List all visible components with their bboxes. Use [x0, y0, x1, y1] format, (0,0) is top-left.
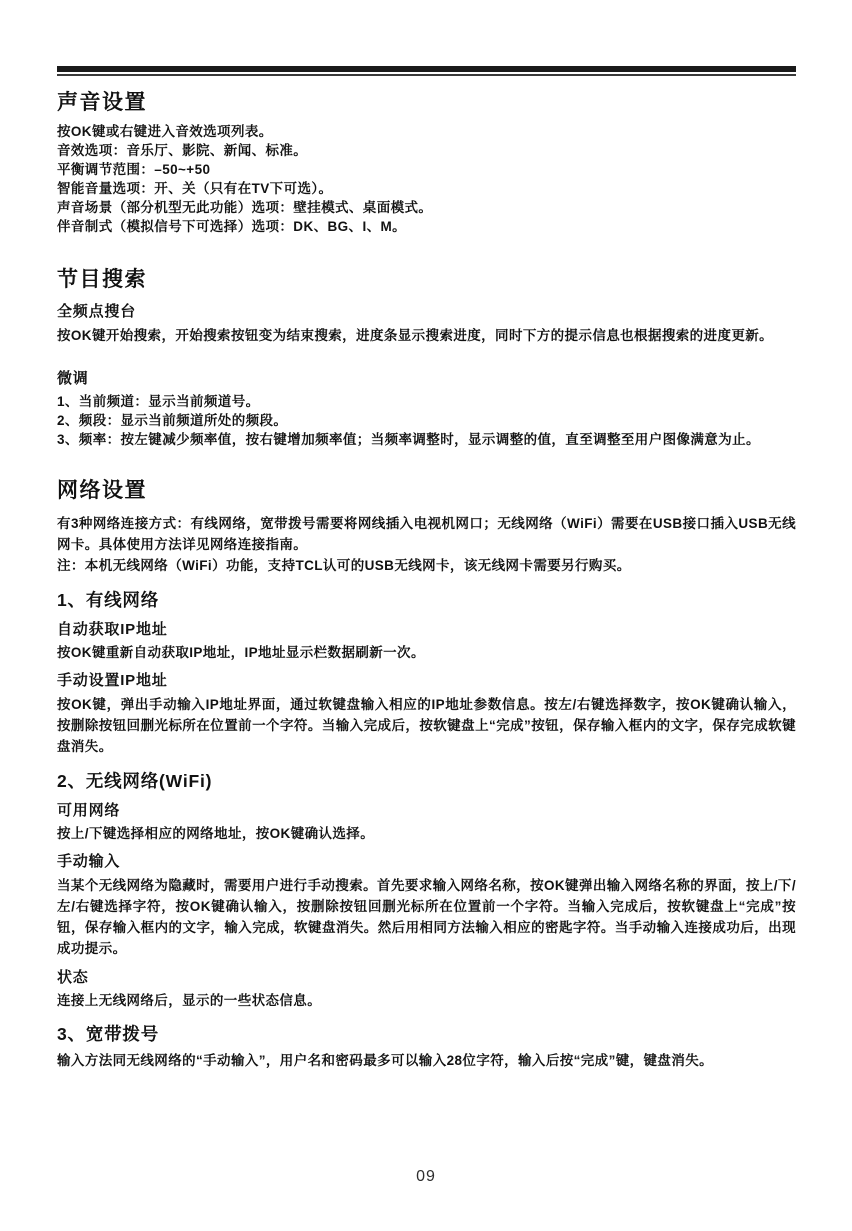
subheading: 全频点搜台	[57, 302, 796, 321]
section-sound-settings: 声音设置 按OK键或右键进入音效选项列表。 音效选项：音乐厅、影院、新闻、标准。…	[57, 90, 796, 236]
subheading: 手动设置IP地址	[57, 671, 796, 690]
page-number: 09	[0, 1168, 852, 1186]
paragraph: 注：本机无线网络（WiFi）功能，支持TCL认可的USB无线网卡，该无线网卡需要…	[57, 555, 796, 576]
paragraph: 有3种网络连接方式：有线网络，宽带拨号需要将网线插入电视机网口；无线网络（WiF…	[57, 513, 796, 555]
list-item: 1、当前频道：显示当前频道号。	[57, 392, 796, 411]
paragraph: 按OK键开始搜索，开始搜索按钮变为结束搜索，进度条显示搜索进度，同时下方的提示信…	[57, 325, 796, 346]
subheading: 手动输入	[57, 852, 796, 871]
section-title-search: 节目搜索	[57, 267, 796, 293]
page-content: 声音设置 按OK键或右键进入音效选项列表。 音效选项：音乐厅、影院、新闻、标准。…	[57, 66, 796, 1071]
paragraph: 按OK键或右键进入音效选项列表。	[57, 122, 796, 141]
header-rule-thick	[57, 66, 796, 72]
paragraph: 智能音量选项：开、关（只有在TV下可选）。	[57, 179, 796, 198]
subheading: 自动获取IP地址	[57, 620, 796, 639]
section-title-network: 网络设置	[57, 478, 796, 504]
section-network-settings: 网络设置 有3种网络连接方式：有线网络，宽带拨号需要将网线插入电视机网口；无线网…	[57, 478, 796, 1071]
subheading: 状态	[57, 968, 796, 987]
paragraph: 按OK键重新自动获取IP地址，IP地址显示栏数据刷新一次。	[57, 643, 796, 662]
header-rule-thin	[57, 74, 796, 76]
paragraph: 按OK键，弹出手动输入IP地址界面，通过软键盘输入相应的IP地址参数信息。按左/…	[57, 694, 796, 757]
numbered-subheading-dialup: 3、宽带拨号	[57, 1023, 796, 1045]
section-title-sound: 声音设置	[57, 90, 796, 116]
paragraph: 伴音制式（模拟信号下可选择）选项：DK、BG、I、M。	[57, 217, 796, 236]
paragraph: 当某个无线网络为隐藏时，需要用户进行手动搜索。首先要求输入网络名称，按OK键弹出…	[57, 875, 796, 959]
paragraph: 连接上无线网络后，显示的一些状态信息。	[57, 991, 796, 1010]
subheading: 可用网络	[57, 801, 796, 820]
paragraph: 声音场景（部分机型无此功能）选项：壁挂模式、桌面模式。	[57, 198, 796, 217]
numbered-subheading-wired: 1、有线网络	[57, 589, 796, 611]
paragraph: 音效选项：音乐厅、影院、新闻、标准。	[57, 141, 796, 160]
header-rule	[57, 66, 796, 76]
paragraph: 按上/下键选择相应的网络地址，按OK键确认选择。	[57, 824, 796, 843]
paragraph: 输入方法同无线网络的“手动输入”，用户名和密码最多可以输入28位字符，输入后按“…	[57, 1050, 796, 1071]
list-item: 2、频段：显示当前频道所处的频段。	[57, 411, 796, 430]
subheading: 微调	[57, 369, 796, 388]
section-channel-search: 节目搜索 全频点搜台 按OK键开始搜索，开始搜索按钮变为结束搜索，进度条显示搜索…	[57, 267, 796, 449]
manual-page: 声音设置 按OK键或右键进入音效选项列表。 音效选项：音乐厅、影院、新闻、标准。…	[0, 0, 852, 1231]
list-item: 3、频率：按左键减少频率值，按右键增加频率值；当频率调整时，显示调整的值，直至调…	[57, 430, 796, 449]
numbered-subheading-wifi: 2、无线网络(WiFi)	[57, 770, 796, 792]
paragraph: 平衡调节范围：–50~+50	[57, 160, 796, 179]
